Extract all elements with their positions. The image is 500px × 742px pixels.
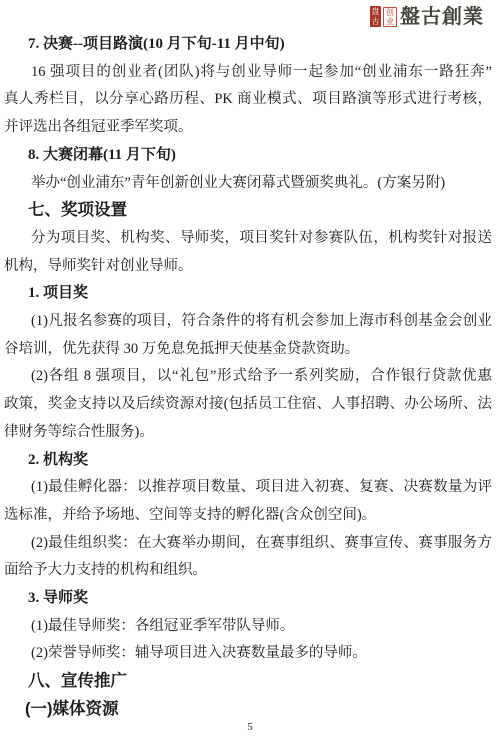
paragraph-line: (1)凡报名参赛的项目，符合条件的将有机会参加上海市科创基金会创业 [4,308,492,336]
subheading-media-resources: (一)媒体资源 [4,696,492,724]
document-page: 盘古 创业 盤古創業 7. 决赛--项目路演(10 月下旬-11 月中旬) 16… [0,0,500,742]
paragraph-line: (1)最佳导师奖：各组冠亚季军带队导师。 [4,613,492,641]
page-number: 5 [0,721,500,733]
paragraph-line: 16 强项目的创业者(团队)将与创业导师一起参加“创业浦东一路狂奔” [4,59,492,87]
paragraph-line: (1)最佳孵化器：以推荐项目数量、项目进入初赛、复赛、决赛数量为评 [4,474,492,502]
chapter-heading-awards: 七、奖项设置 [4,197,492,225]
paragraph-line: 举办“创业浦东”青年创新创业大赛闭幕式暨颁奖典礼。(方案另附) [4,170,492,198]
chapter-heading-promotion: 八、宣传推广 [4,668,492,696]
paragraph-line: 政策，奖金支持以及后续资源对接(包括员工住宿、人事招聘、办公场所、法 [4,391,492,419]
paragraph-line: 面给予大力支持的机构和组织。 [4,557,492,585]
paragraph-line: 机构，导师奖针对创业导师。 [4,253,492,281]
paragraph-line: 选标准，并给予场地、空间等支持的孵化器(含众创空间)。 [4,502,492,530]
paragraph-line: 并评选出各组冠亚季军奖项。 [4,114,492,142]
subsection-heading-organization-award: 2. 机构奖 [4,447,492,475]
subsection-heading-mentor-award: 3. 导师奖 [4,585,492,613]
section-heading-closing-ceremony: 8. 大赛闭幕(11 月下旬) [4,142,492,170]
paragraph-line: 谷培训，优先获得 30 万免息免抵押天使基金贷款资助。 [4,336,492,364]
paragraph-line: 律财务等综合性服务)。 [4,419,492,447]
section-heading-finals-roadshow: 7. 决赛--项目路演(10 月下旬-11 月中旬) [4,31,492,59]
subsection-heading-project-award: 1. 项目奖 [4,280,492,308]
paragraph-line: (2)荣誉导师奖：辅导项目进入决赛数量最多的导师。 [4,640,492,668]
paragraph-line: (2)最佳组织奖：在大赛举办期间，在赛事组织、赛事宣传、赛事服务方 [4,530,492,558]
paragraph-line: 真人秀栏目，以分享心路历程、PK 商业模式、项目路演等形式进行考核， [4,86,492,114]
paragraph-line: (2)各组 8 强项目，以“礼包”形式给予一系列奖励，合作银行贷款优惠 [4,363,492,391]
document-body: 7. 决赛--项目路演(10 月下旬-11 月中旬) 16 强项目的创业者(团队… [0,0,500,724]
paragraph-line: 分为项目奖、机构奖、导师奖，项目奖针对参赛队伍，机构奖针对报送 [4,225,492,253]
